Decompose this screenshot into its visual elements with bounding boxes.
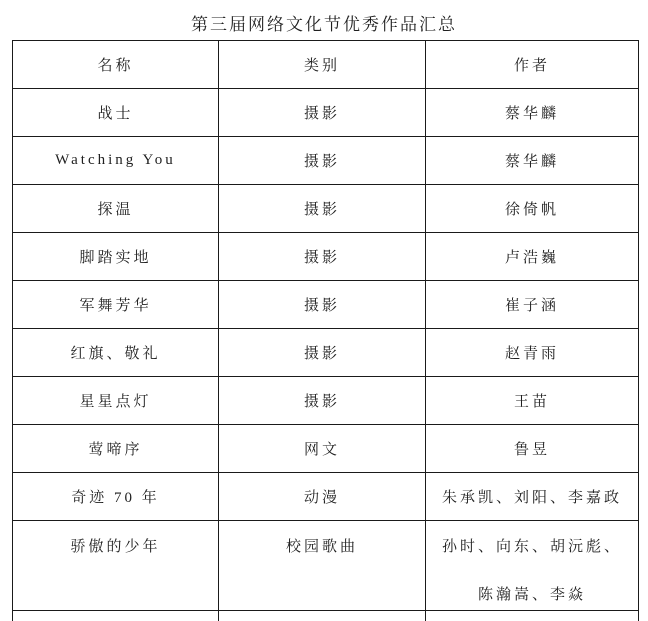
cell-work-name: 骄傲的少年 bbox=[13, 521, 219, 611]
cell-author: 蔡华麟 bbox=[426, 137, 639, 185]
document-title: 第三届网络文化节优秀作品汇总 bbox=[0, 10, 648, 35]
table-row: 红旗、敬礼 摄影 赵青雨 bbox=[13, 329, 639, 377]
cell-category: 摄影 bbox=[219, 233, 426, 281]
table-row: 星星点灯 摄影 王苗 bbox=[13, 377, 639, 425]
cell-work-name: 军舞芳华 bbox=[13, 281, 219, 329]
cell-category: 摄影 bbox=[219, 329, 426, 377]
table-row: 战士 摄影 蔡华麟 bbox=[13, 89, 639, 137]
cell-author: 徐倚帆 bbox=[426, 185, 639, 233]
border-stub-right bbox=[638, 610, 639, 621]
cell-category: 网文 bbox=[219, 425, 426, 473]
cell-author: 崔子涵 bbox=[426, 281, 639, 329]
cell-author: 鲁昱 bbox=[426, 425, 639, 473]
header-author: 作者 bbox=[426, 41, 639, 89]
cell-work-name: 红旗、敬礼 bbox=[13, 329, 219, 377]
table-row: 探温 摄影 徐倚帆 bbox=[13, 185, 639, 233]
cell-author: 朱承凯、刘阳、李嘉政 bbox=[426, 473, 639, 521]
table-row: 脚踏实地 摄影 卢浩巍 bbox=[13, 233, 639, 281]
cell-work-name: 战士 bbox=[13, 89, 219, 137]
cell-category: 摄影 bbox=[219, 281, 426, 329]
works-table: 名称 类别 作者 战士 摄影 蔡华麟 Watching You 摄影 蔡华麟 探… bbox=[12, 40, 639, 611]
cell-category: 校园歌曲 bbox=[219, 521, 426, 611]
cell-author: 孙时、向东、胡沅彪、 陈瀚嵩、李焱 bbox=[426, 521, 639, 611]
table-row: 骄傲的少年 校园歌曲 孙时、向东、胡沅彪、 陈瀚嵩、李焱 bbox=[13, 521, 639, 611]
border-stub-col1 bbox=[218, 610, 219, 621]
cell-work-name: 脚踏实地 bbox=[13, 233, 219, 281]
cell-category: 摄影 bbox=[219, 377, 426, 425]
cell-work-name: 奇迹 70 年 bbox=[13, 473, 219, 521]
author-line-1: 孙时、向东、胡沅彪、 bbox=[430, 535, 634, 556]
header-category: 类别 bbox=[219, 41, 426, 89]
document-page: 第三届网络文化节优秀作品汇总 名称 类别 作者 战士 摄影 蔡华麟 Watchi… bbox=[0, 0, 648, 621]
cell-work-name: 莺啼序 bbox=[13, 425, 219, 473]
table-row: 莺啼序 网文 鲁昱 bbox=[13, 425, 639, 473]
cell-work-name: 星星点灯 bbox=[13, 377, 219, 425]
cell-author: 卢浩巍 bbox=[426, 233, 639, 281]
border-stub-left bbox=[12, 610, 13, 621]
cell-category: 摄影 bbox=[219, 89, 426, 137]
border-stub-col2 bbox=[425, 610, 426, 621]
table-row: 奇迹 70 年 动漫 朱承凯、刘阳、李嘉政 bbox=[13, 473, 639, 521]
header-name: 名称 bbox=[13, 41, 219, 89]
cell-author: 蔡华麟 bbox=[426, 89, 639, 137]
author-line-2: 陈瀚嵩、李焱 bbox=[430, 583, 634, 604]
cell-category: 动漫 bbox=[219, 473, 426, 521]
cell-category: 摄影 bbox=[219, 185, 426, 233]
cell-work-name: 探温 bbox=[13, 185, 219, 233]
cell-category: 摄影 bbox=[219, 137, 426, 185]
table-header-row: 名称 类别 作者 bbox=[13, 41, 639, 89]
cell-work-name: Watching You bbox=[13, 137, 219, 185]
cell-author: 王苗 bbox=[426, 377, 639, 425]
table-row: 军舞芳华 摄影 崔子涵 bbox=[13, 281, 639, 329]
table-continuation-lines bbox=[12, 610, 639, 621]
cell-author: 赵青雨 bbox=[426, 329, 639, 377]
table-row: Watching You 摄影 蔡华麟 bbox=[13, 137, 639, 185]
